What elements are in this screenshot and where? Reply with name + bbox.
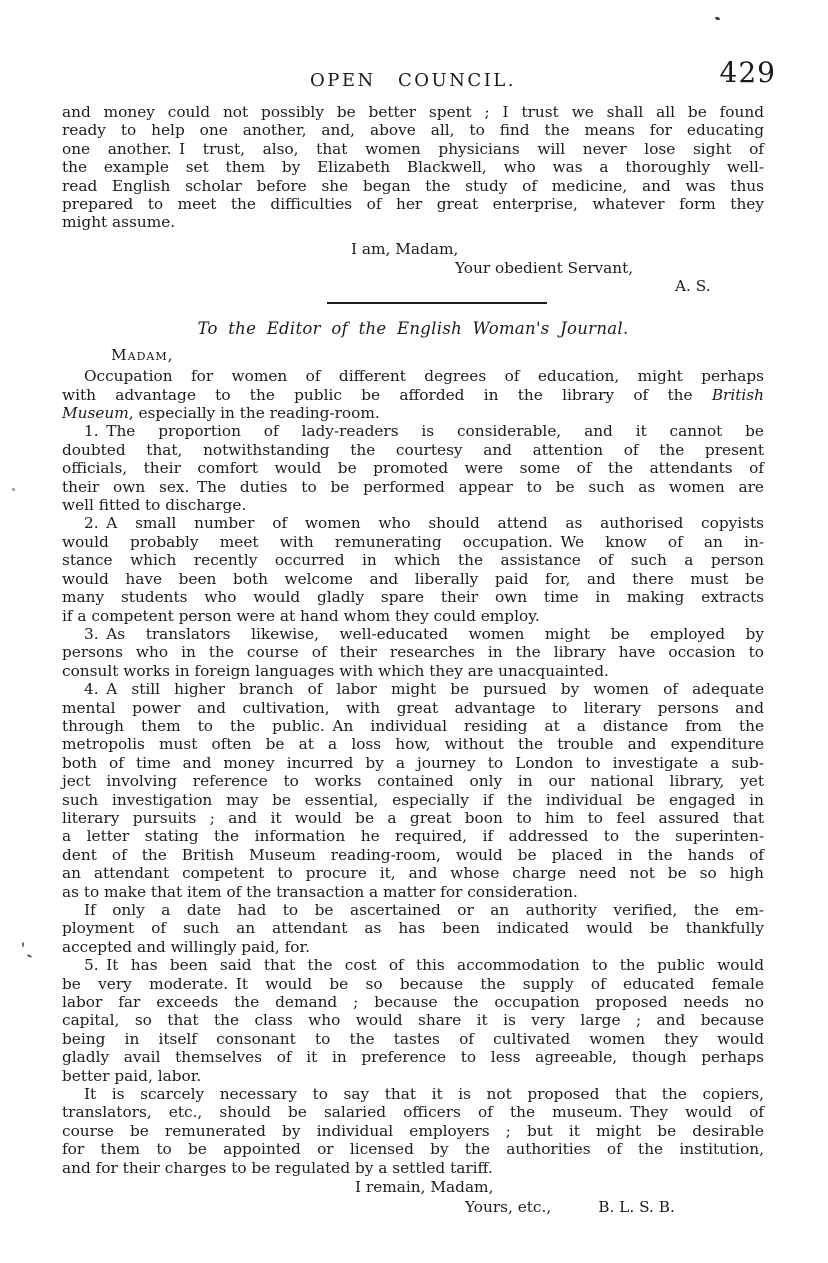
text-line: capital, so that the class who would sha… [62, 1011, 764, 1029]
text-line: mental power and cultivation, with great… [62, 699, 764, 717]
running-title: OPEN COUNCIL. [62, 70, 764, 91]
text-line: 1. The proportion of lady-readers is con… [62, 422, 764, 440]
text-line: being in itself consonant to the tastes … [62, 1030, 764, 1048]
closing-yours: Yours, etc., [465, 1198, 551, 1216]
text-line: Occupation for women of different degree… [62, 367, 764, 385]
letter-body: Occupation for women of different degree… [62, 367, 764, 1177]
text-line: might assume. [62, 213, 764, 231]
text-line: consult works in foreign languages with … [62, 662, 764, 680]
text-line: well fitted to discharge. [62, 496, 764, 514]
text-line: If only a date had to be ascertained or … [62, 901, 764, 919]
page-number: 429 [720, 56, 776, 89]
section-divider-rule [327, 302, 547, 304]
text-line: officials, their comfort would be promot… [62, 459, 764, 477]
text-line: such investigation may be essential, esp… [62, 791, 764, 809]
closing-line: I remain, Madam, [62, 1178, 764, 1198]
text-line: ject involving reference to works contai… [62, 772, 764, 790]
scan-speck [22, 942, 24, 947]
text-line: literary pursuits ; and it would be a gr… [62, 809, 764, 827]
text-line: course be remunerated by individual empl… [62, 1122, 764, 1140]
scan-speck [12, 488, 15, 491]
text-line: many students who would gladly spare the… [62, 588, 764, 606]
text-line: ready to help one another, and, above al… [62, 121, 764, 139]
text-line: be very moderate. It would be so because… [62, 975, 764, 993]
text-line: translators, etc., should be salaried of… [62, 1103, 764, 1121]
text-line: 2. A small number of women who should at… [62, 514, 764, 532]
scan-speck [715, 16, 721, 21]
text-line: a letter stating the information he requ… [62, 827, 764, 845]
text-line: their own sex. The duties to be performe… [62, 478, 764, 496]
text-line: It is scarcely necessary to say that it … [62, 1085, 764, 1103]
text-line: would have been both welcome and liberal… [62, 570, 764, 588]
text-line: accepted and willingly paid, for. [62, 938, 764, 956]
valediction-line: Your obedient Servant, [62, 259, 764, 278]
text-line: with advantage to the public be afforded… [62, 386, 764, 404]
text-line: read English scholar before she began th… [62, 177, 764, 195]
valediction-line: I am, Madam, [62, 240, 764, 259]
signature: B. L. S. B. [598, 1198, 675, 1216]
text-column: and money could not possibly be better s… [62, 103, 764, 1217]
valediction-block: I am, Madam, Your obedient Servant, A. S… [62, 240, 764, 296]
text-line: metropolis must often be at a loss how, … [62, 735, 764, 753]
closing-block: I remain, Madam, Yours, etc.,B. L. S. B. [62, 1178, 764, 1217]
text-line: persons who in the course of their resea… [62, 643, 764, 661]
text-line: labor far exceeds the demand ; because t… [62, 993, 764, 1011]
text-line: if a competent person were at hand whom … [62, 607, 764, 625]
text-line: 4. A still higher branch of labor might … [62, 680, 764, 698]
scanned-document-page: OPEN COUNCIL. 429 and money could not po… [0, 0, 828, 1263]
text-line: as to make that item of the transaction … [62, 883, 764, 901]
closing-line: Yours, etc.,B. L. S. B. [62, 1198, 764, 1218]
text-line: for them to be appointed or licensed by … [62, 1140, 764, 1158]
text-line: the example set them by Elizabeth Blackw… [62, 158, 764, 176]
text-line: and money could not possibly be better s… [62, 103, 764, 121]
text-line: through them to the public. An individua… [62, 717, 764, 735]
text-line: Museum, especially in the reading-room. [62, 404, 764, 422]
text-line: doubted that, notwithstanding the courte… [62, 441, 764, 459]
text-line: one another. I trust, also, that women p… [62, 140, 764, 158]
signature: A. S. [62, 277, 764, 296]
text-line: ployment of such an attendant as has bee… [62, 919, 764, 937]
text-line: dent of the British Museum reading-room,… [62, 846, 764, 864]
text-line: would probably meet with remunerating oc… [62, 533, 764, 551]
text-line: better paid, labor. [62, 1067, 764, 1085]
letter-heading: To the Editor of the English Woman's Jou… [62, 319, 764, 339]
text-line: 5. It has been said that the cost of thi… [62, 956, 764, 974]
text-line: prepared to meet the difficulties of her… [62, 195, 764, 213]
text-line: stance which recently occurred in which … [62, 551, 764, 569]
text-line: gladly avail themselves of it in prefere… [62, 1048, 764, 1066]
scan-speck [27, 954, 32, 958]
text-line: both of time and money incurred by a jou… [62, 754, 764, 772]
salutation: Madam, [62, 346, 764, 365]
text-line: an attendant competent to procure it, an… [62, 864, 764, 882]
text-line: 3. As translators likewise, well-educate… [62, 625, 764, 643]
letter-continuation-body: and money could not possibly be better s… [62, 103, 764, 232]
text-line: and for their charges to be regulated by… [62, 1159, 764, 1177]
